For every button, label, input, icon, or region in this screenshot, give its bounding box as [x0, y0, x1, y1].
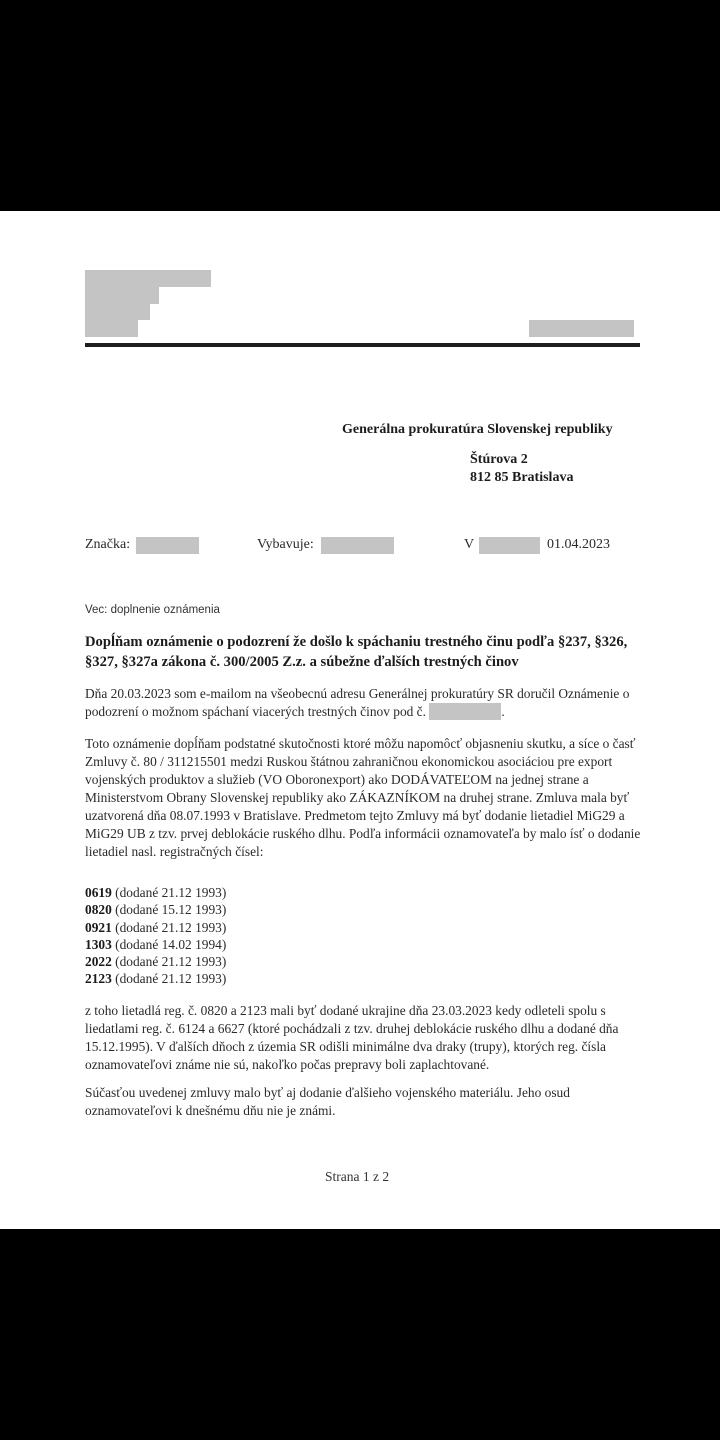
reference-label: Značka: — [85, 537, 130, 553]
reference-redaction — [136, 537, 199, 554]
registration-number: 0820 — [85, 902, 112, 917]
registration-item: 2123 (dodané 21.12 1993) — [85, 970, 226, 987]
registration-note: (dodané 21.12 1993) — [112, 885, 227, 900]
page-number: Strana 1 z 2 — [325, 1169, 389, 1185]
registration-item: 1303 (dodané 14.02 1994) — [85, 936, 226, 953]
registration-item: 0619 (dodané 21.12 1993) — [85, 884, 226, 901]
case-number-redaction — [429, 703, 501, 720]
recipient-name: Generálna prokuratúra Slovenskej republi… — [342, 422, 613, 438]
registration-note: (dodané 21.12 1993) — [112, 971, 227, 986]
registration-number: 1303 — [85, 937, 112, 952]
handler-redaction — [321, 537, 394, 554]
registration-item: 2022 (dodané 21.12 1993) — [85, 953, 226, 970]
registration-item: 0820 (dodané 15.12 1993) — [85, 901, 226, 918]
paragraph-1-end: . — [501, 704, 504, 719]
letterhead-redaction — [85, 320, 138, 337]
registration-number: 0921 — [85, 920, 112, 935]
letterhead-redaction — [85, 287, 159, 304]
recipient-street: Štúrova 2 — [470, 452, 528, 468]
paragraph-1-text: Dňa 20.03.2023 som e-mailom na všeobecnú… — [85, 686, 629, 719]
header-right-redaction — [529, 320, 634, 337]
letterhead-redaction — [85, 270, 211, 287]
document-date: 01.04.2023 — [547, 537, 610, 553]
place-label: V — [464, 537, 474, 553]
registration-item: 0921 (dodané 21.12 1993) — [85, 919, 226, 936]
letterhead-redaction — [85, 303, 150, 320]
recipient-city: 812 85 Bratislava — [470, 470, 573, 486]
place-redaction — [479, 537, 540, 554]
registration-note: (dodané 21.12 1993) — [112, 920, 227, 935]
paragraph-1: Dňa 20.03.2023 som e-mailom na všeobecnú… — [85, 685, 650, 721]
registration-number: 2022 — [85, 954, 112, 969]
registration-list: 0619 (dodané 21.12 1993)0820 (dodané 15.… — [85, 884, 226, 988]
header-rule — [85, 343, 640, 347]
paragraph-2: Toto oznámenie dopĺňam podstatné skutočn… — [85, 735, 650, 861]
subject-line: Vec: doplnenie oznámenia — [85, 604, 220, 616]
registration-number: 2123 — [85, 971, 112, 986]
registration-note: (dodané 14.02 1994) — [112, 937, 227, 952]
registration-note: (dodané 21.12 1993) — [112, 954, 227, 969]
paragraph-3: z toho lietadlá reg. č. 0820 a 2123 mali… — [85, 1002, 650, 1074]
document-heading: Dopĺňam oznámenie o podozrení že došlo k… — [85, 632, 645, 672]
handler-label: Vybavuje: — [257, 537, 314, 553]
registration-note: (dodané 15.12 1993) — [112, 902, 227, 917]
registration-number: 0619 — [85, 885, 112, 900]
paragraph-4: Súčasťou uvedenej zmluvy malo byť aj dod… — [85, 1084, 650, 1120]
